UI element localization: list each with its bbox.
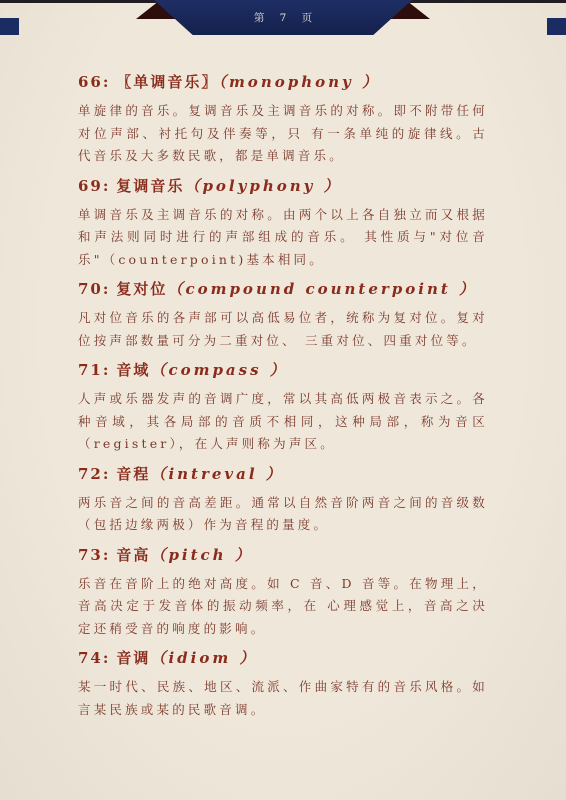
glossary-entry: 73:音高（pitch ）乐音在音阶上的绝对高度。如 C 音、D 音等。在物理上… xyxy=(78,545,488,641)
entry-term: 音程 xyxy=(116,465,150,483)
entry-term: 复调音乐 xyxy=(116,177,184,195)
entry-number: 69: xyxy=(78,177,110,195)
glossary-entry: 69:复调音乐（polyphony ）单调音乐及主调音乐的对称。由两个以上各自独… xyxy=(78,176,488,272)
entry-term: 音高 xyxy=(116,546,150,564)
entry-heading: 69:复调音乐（polyphony ） xyxy=(78,176,488,196)
entry-term-english: （monophony ） xyxy=(218,73,380,91)
entry-definition: 单调音乐及主调音乐的对称。由两个以上各自独立而又根据和声法则同时进行的声部组成的… xyxy=(78,204,488,272)
entry-term: 复对位 xyxy=(116,280,167,298)
entry-heading: 66:〖单调音乐〗（monophony ） xyxy=(78,72,488,92)
entry-heading: 72:音程（intreval ） xyxy=(78,464,488,484)
glossary-list: 66:〖单调音乐〗（monophony ）单旋律的音乐。复调音乐及主调音乐的对称… xyxy=(78,72,488,721)
entry-definition: 人声或乐器发声的音调广度，常以其高低两极音表示之。各种音域，其各局部的音质不相同… xyxy=(78,388,488,456)
entry-term: 音调 xyxy=(116,649,150,667)
entry-number: 70: xyxy=(78,280,110,298)
glossary-entry: 66:〖单调音乐〗（monophony ）单旋律的音乐。复调音乐及主调音乐的对称… xyxy=(78,72,488,168)
glossary-entry: 71:音域（compass ）人声或乐器发声的音调广度，常以其高低两极音表示之。… xyxy=(78,360,488,456)
glossary-entry: 72:音程（intreval ）两乐音之间的音高差距。通常以自然音阶两音之间的音… xyxy=(78,464,488,537)
entry-term: 音域 xyxy=(116,361,150,379)
entry-number: 71: xyxy=(78,361,110,379)
right-edge-accent xyxy=(547,18,566,35)
entry-heading: 71:音域（compass ） xyxy=(78,360,488,380)
entry-definition: 凡对位音乐的各声部可以高低易位者，统称为复对位。复对位按声部数量可分为二重对位、… xyxy=(78,307,488,352)
page-number-label: 第 7 页 xyxy=(248,10,318,25)
entry-number: 73: xyxy=(78,546,110,564)
glossary-entry: 70:复对位（compound counterpoint ）凡对位音乐的各声部可… xyxy=(78,279,488,352)
glossary-entry: 74:音调（idiom ）某一时代、民族、地区、流派、作曲家特有的音乐风格。如言… xyxy=(78,648,488,721)
entry-term-english: （intreval ） xyxy=(150,465,283,483)
entry-definition: 乐音在音阶上的绝对高度。如 C 音、D 音等。在物理上，音高决定于发音体的振动频… xyxy=(78,573,488,641)
left-edge-accent xyxy=(0,18,19,35)
entry-heading: 74:音调（idiom ） xyxy=(78,648,488,668)
entry-term-english: （idiom ） xyxy=(150,649,257,667)
entry-term-english: （compound counterpoint ） xyxy=(167,280,477,298)
entry-number: 74: xyxy=(78,649,110,667)
entry-heading: 70:复对位（compound counterpoint ） xyxy=(78,279,488,299)
entry-number: 72: xyxy=(78,465,110,483)
entry-definition: 单旋律的音乐。复调音乐及主调音乐的对称。即不附带任何对位声部、衬托句及伴奏等，只… xyxy=(78,100,488,168)
entry-term-english: （compass ） xyxy=(150,361,287,379)
page-number-banner: 第 7 页 xyxy=(154,0,412,35)
entry-term-english: （polyphony ） xyxy=(184,177,341,195)
entry-definition: 某一时代、民族、地区、流派、作曲家特有的音乐风格。如言某民族或某的民歌音调。 xyxy=(78,676,488,721)
entry-definition: 两乐音之间的音高差距。通常以自然音阶两音之间的音级数（包括边缘两极）作为音程的量… xyxy=(78,492,488,537)
glossary-page: 66:〖单调音乐〗（monophony ）单旋律的音乐。复调音乐及主调音乐的对称… xyxy=(0,35,566,729)
entry-number: 66: xyxy=(78,73,110,91)
entry-heading: 73:音高（pitch ） xyxy=(78,545,488,565)
entry-term: 〖单调音乐〗 xyxy=(116,73,218,91)
entry-term-english: （pitch ） xyxy=(150,546,252,564)
